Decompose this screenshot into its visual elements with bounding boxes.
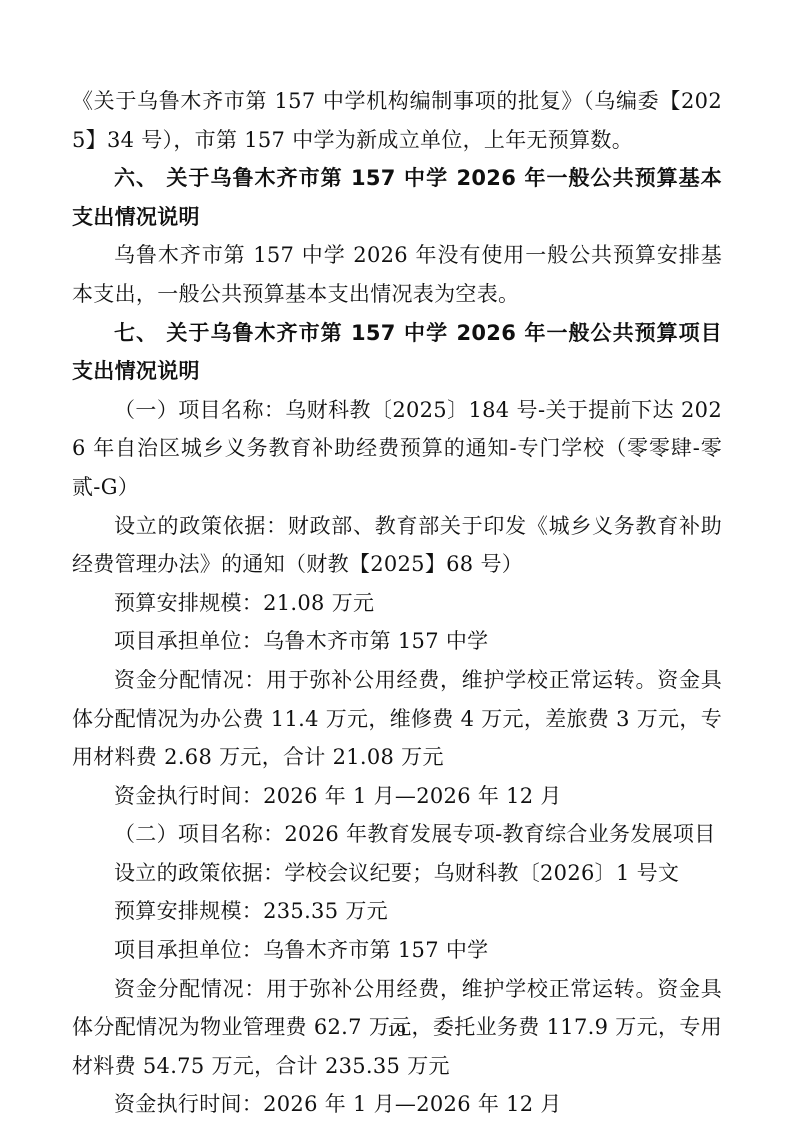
paragraph-project2-undertaking-unit: 项目承担单位：乌鲁木齐市第 157 中学 (72, 931, 722, 970)
section-heading-seven: 七、 关于乌鲁木齐市第 157 中学 2026 年一般公共预算项目支出情况说明 (72, 314, 722, 391)
paragraph-project2-policy-basis: 设立的政策依据：学校会议纪要；乌财科教〔2026〕1 号文 (72, 854, 722, 893)
paragraph-project1-policy-basis: 设立的政策依据：财政部、教育部关于印发《城乡义务教育补助经费管理办法》的通知（财… (72, 507, 722, 584)
paragraph-project1-execution-period: 资金执行时间：2026 年 1 月—2026 年 12 月 (72, 777, 722, 816)
page-number: 19 (0, 1022, 793, 1040)
paragraph-basic-expenditure-note: 乌鲁木齐市第 157 中学 2026 年没有使用一般公共预算安排基本支出，一般公… (72, 236, 722, 313)
section-heading-six: 六、 关于乌鲁木齐市第 157 中学 2026 年一般公共预算基本支出情况说明 (72, 159, 722, 236)
document-page: 《关于乌鲁木齐市第 157 中学机构编制事项的批复》（乌编委【2025】34 号… (0, 0, 793, 1122)
document-body: 《关于乌鲁木齐市第 157 中学机构编制事项的批复》（乌编委【2025】34 号… (72, 82, 722, 1122)
paragraph-project2-budget-scale: 预算安排规模：235.35 万元 (72, 892, 722, 931)
paragraph-project1-fund-allocation: 资金分配情况：用于弥补公用经费，维护学校正常运转。资金具体分配情况为办公费 11… (72, 661, 722, 777)
paragraph-project1-name: （一）项目名称：乌财科教〔2025〕184 号-关于提前下达 2026 年自治区… (72, 391, 722, 507)
paragraph-project1-undertaking-unit: 项目承担单位：乌鲁木齐市第 157 中学 (72, 622, 722, 661)
paragraph-project2-name: （二）项目名称：2026 年教育发展专项-教育综合业务发展项目 (72, 815, 722, 854)
paragraph-project1-budget-scale: 预算安排规模：21.08 万元 (72, 584, 722, 623)
paragraph-project2-execution-period: 资金执行时间：2026 年 1 月—2026 年 12 月 (72, 1085, 722, 1122)
paragraph-continuation: 《关于乌鲁木齐市第 157 中学机构编制事项的批复》（乌编委【2025】34 号… (72, 82, 722, 159)
